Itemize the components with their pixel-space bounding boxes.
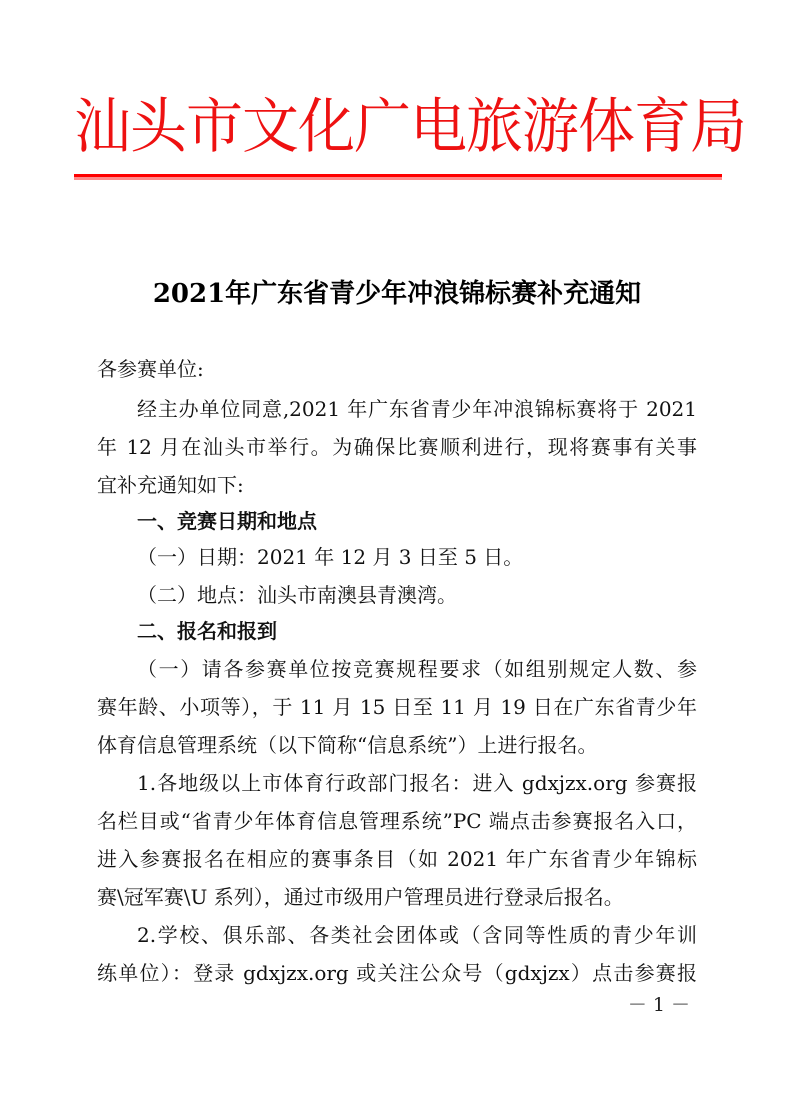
letterhead-red-rule-shadow <box>74 177 722 180</box>
section-1-item-2: （二）地点：汕头市南澳县青澳湾。 <box>137 580 697 610</box>
section-heading-2: 二、报名和报到 <box>137 616 697 646</box>
document-title: 2021年广东省青少年冲浪锦标赛补充通知 <box>0 276 794 312</box>
page-number: － 1 － <box>620 992 690 1018</box>
letterhead-org-name: 汕头市文化广电旅游体育局 <box>74 90 722 164</box>
intro-line-2: 年 12 月在汕头市举行。为确保比赛顺利进行，现将赛事有关事 <box>97 432 697 462</box>
section-2-para-3-line-1: 2.学校、俱乐部、各类社会团体或（含同等性质的青少年训 <box>137 920 697 950</box>
section-2-para-1-line-2: 赛年龄、小项等），于 11 月 15 日至 11 月 19 日在广东省青少年 <box>97 692 697 722</box>
section-2-para-1-line-1: （一）请各参赛单位按竞赛规程要求（如组别规定人数、参 <box>137 654 697 684</box>
section-2-para-1-line-3: 体育信息管理系统（以下简称“信息系统”）上进行报名。 <box>97 730 697 760</box>
intro-line-1: 经主办单位同意,2021 年广东省青少年冲浪锦标赛将于 2021 <box>137 394 697 424</box>
section-heading-1: 一、竞赛日期和地点 <box>137 506 697 536</box>
section-2-para-2-line-2: 名栏目或“省青少年体育信息管理系统”PC 端点击参赛报名入口， <box>97 806 697 836</box>
section-1-item-1: （一）日期：2021 年 12 月 3 日至 5 日。 <box>137 542 697 572</box>
section-2-para-2-line-1: 1.各地级以上市体育行政部门报名：进入 gdxjzx.org 参赛报 <box>137 768 697 798</box>
intro-line-3: 宜补充通知如下: <box>97 470 697 500</box>
document-page: 汕头市文化广电旅游体育局 2021年广东省青少年冲浪锦标赛补充通知 各参赛单位:… <box>0 0 794 1108</box>
section-2-para-2-line-3: 进入参赛报名在相应的赛事条目（如 2021 年广东省青少年锦标 <box>97 844 697 874</box>
section-2-para-2-line-4: 赛\冠军赛\U 系列），通过市级用户管理员进行登录后报名。 <box>97 882 697 912</box>
section-2-para-3-line-2: 练单位）：登录 gdxjzx.org 或关注公众号（gdxjzx）点击参赛报 <box>97 958 697 988</box>
salutation: 各参赛单位: <box>97 354 697 384</box>
